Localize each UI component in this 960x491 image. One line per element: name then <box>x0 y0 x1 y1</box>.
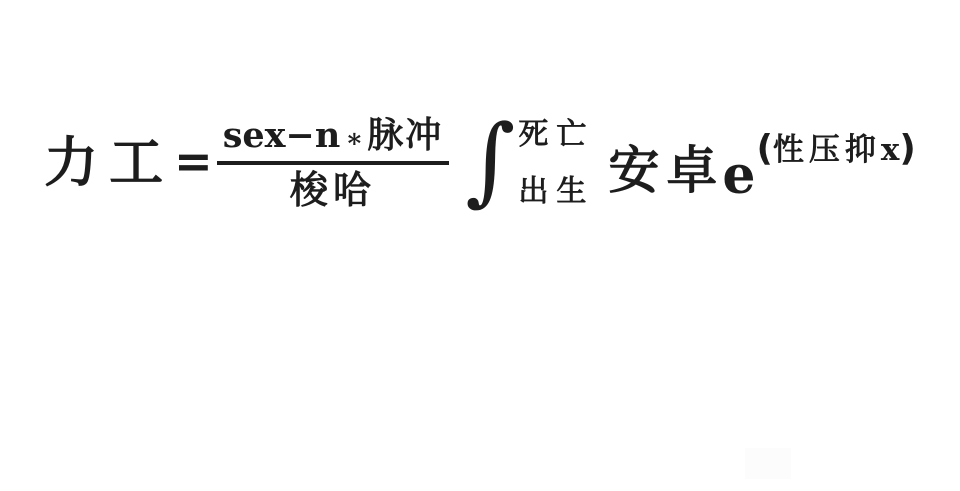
formula-lhs: 力工 <box>44 136 174 190</box>
euler-e: e <box>722 156 755 197</box>
exponent-close-paren: ) <box>899 129 915 169</box>
equals-sign: = <box>174 138 213 184</box>
fraction-bar <box>217 161 450 165</box>
integral-upper-limit: 死亡 <box>518 118 594 151</box>
integral-sign: ∫ <box>465 115 515 206</box>
integrand: 安卓 e ( 性压抑 x ) <box>608 129 916 197</box>
exponent-open-paren: ( <box>756 129 772 169</box>
exponent: ( 性压抑 x ) <box>756 129 915 170</box>
math-formula: 力工 = sex−n ∗ 脉冲 梭哈 ∫ 死亡 出生 安卓 e ( 性压抑 <box>0 110 960 216</box>
integral: ∫ 死亡 出生 <box>465 110 594 216</box>
fraction-denominator: 梭哈 <box>290 168 376 212</box>
exponent-cjk: 性压抑 <box>773 130 881 170</box>
multiply-asterisk: ∗ <box>345 117 363 161</box>
integral-lower-limit: 出生 <box>518 175 594 208</box>
exponent-variable: x <box>881 130 899 170</box>
integrand-word: 安卓 <box>608 146 724 197</box>
formula-image: 力工 = sex−n ∗ 脉冲 梭哈 ∫ 死亡 出生 安卓 e ( 性压抑 <box>0 0 960 491</box>
numerator-cjk: 脉冲 <box>367 114 443 158</box>
integral-limits: 死亡 出生 <box>518 118 594 208</box>
numerator-latin: sex−n <box>223 114 341 158</box>
fraction-numerator: sex−n ∗ 脉冲 <box>217 114 450 158</box>
fraction: sex−n ∗ 脉冲 梭哈 <box>217 114 450 212</box>
faded-watermark <box>745 448 791 479</box>
